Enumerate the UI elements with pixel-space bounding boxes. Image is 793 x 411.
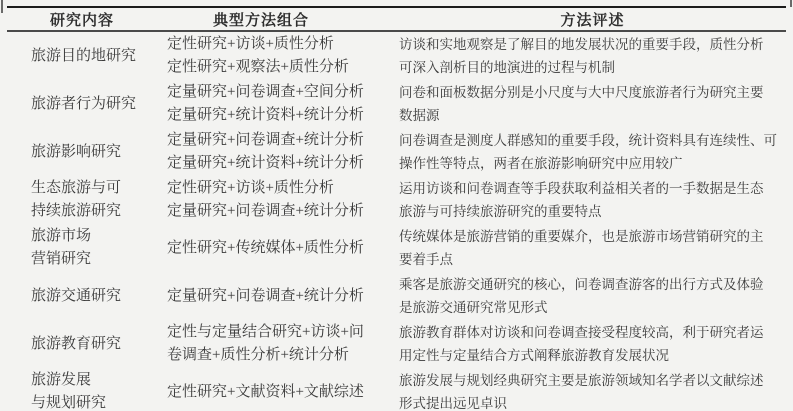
content-cell: 旅游教育研究	[7, 320, 157, 368]
text-line: 问卷和面板数据分别是小尺度与大中尺度旅游者行为研究主要	[399, 81, 786, 104]
text-line: 数据源	[399, 104, 786, 127]
text-line: 卷调查+质性分析+统计分析	[167, 344, 365, 367]
text-line: 旅游者行为研究	[31, 93, 157, 116]
text-line: 生态旅游与可	[31, 177, 157, 200]
content-cell: 旅游目的地研究	[7, 31, 157, 80]
text-line: 旅游与可持续旅游研究的重要特点	[399, 200, 786, 223]
table-row: 旅游目的地研究 定性研究+访谈+质性分析定性研究+观察法+质性分析 访谈和实地观…	[7, 31, 786, 80]
methods-cell: 定量研究+问卷调查+统计分析	[157, 272, 365, 320]
content-cell: 旅游交通研究	[7, 272, 157, 320]
review-cell: 旅游发展与规划经典研究主要是旅游领域知名学者以文献综述形式提出远见卓识	[365, 368, 786, 411]
text-line: 传统媒体是旅游营销的重要媒介，也是旅游市场营销研究的主	[399, 225, 786, 248]
content-cell: 旅游影响研究	[7, 128, 157, 176]
text-line: 定量研究+问卷调查+空间分析	[167, 81, 365, 104]
review-cell: 问卷调查是测度人群感知的重要手段，统计资料具有连续性、可操作性等特点，两者在旅游…	[365, 128, 786, 176]
text-line: 旅游发展与规划经典研究主要是旅游领域知名学者以文献综述	[399, 369, 786, 392]
text-line: 定性研究+文献资料+文献综述	[167, 381, 365, 404]
text-line: 定量研究+问卷调查+统计分析	[167, 285, 365, 308]
table-row: 生态旅游与可持续旅游研究 定性研究+访谈+质性分析定量研究+问卷调查+统计分析 …	[7, 176, 786, 224]
methods-cell: 定性研究+文献资料+文献综述	[157, 368, 365, 411]
table-row: 旅游影响研究 定量研究+问卷调查+统计分析定量研究+统计资料+统计分析 问卷调查…	[7, 128, 786, 176]
table-row: 旅游教育研究 定性与定量结合研究+访谈+问卷调查+质性分析+统计分析 旅游教育群…	[7, 320, 786, 368]
text-line: 旅游交通研究	[31, 285, 157, 308]
text-line: 定性研究+访谈+质性分析	[167, 177, 365, 200]
research-methods-table: 研究内容 典型方法组合 方法评述 旅游目的地研究 定性研究+访谈+质性分析定性研…	[7, 6, 786, 411]
text-line: 要着手点	[399, 248, 786, 271]
table-header: 研究内容 典型方法组合 方法评述	[7, 7, 786, 31]
text-line: 用定性与定量结合方式阐释旅游教育发展状况	[399, 344, 786, 367]
methods-cell: 定性研究+访谈+质性分析定性研究+观察法+质性分析	[157, 31, 365, 80]
content-cell: 旅游市场营销研究	[7, 224, 157, 272]
review-cell: 旅游教育群体对访谈和问卷调查接受程度较高，利于研究者运用定性与定量结合方式阐释旅…	[365, 320, 786, 368]
text-line: 定量研究+统计资料+统计分析	[167, 152, 365, 175]
review-cell: 传统媒体是旅游营销的重要媒介，也是旅游市场营销研究的主要着手点	[365, 224, 786, 272]
text-line: 旅游目的地研究	[31, 45, 157, 68]
text-line: 定量研究+问卷调查+统计分析	[167, 200, 365, 223]
page-crop-mark-right	[790, 0, 792, 7]
content-cell: 旅游发展与规划研究	[7, 368, 157, 411]
methods-cell: 定性研究+传统媒体+质性分析	[157, 224, 365, 272]
review-cell: 运用访谈和问卷调查等手段获取利益相关者的一手数据是生态旅游与可持续旅游研究的重要…	[365, 176, 786, 224]
header-research-content: 研究内容	[7, 7, 157, 31]
text-line: 访谈和实地观察是了解目的地发展状况的重要手段，质性分析	[399, 33, 786, 56]
table-row: 旅游者行为研究 定量研究+问卷调查+空间分析定量研究+统计资料+统计分析 问卷和…	[7, 80, 786, 128]
text-line: 旅游发展	[31, 369, 157, 392]
content-cell: 旅游者行为研究	[7, 80, 157, 128]
header-method-review: 方法评述	[365, 7, 786, 31]
text-line: 定性研究+传统媒体+质性分析	[167, 237, 365, 260]
methods-cell: 定量研究+问卷调查+空间分析定量研究+统计资料+统计分析	[157, 80, 365, 128]
table-row: 旅游市场营销研究 定性研究+传统媒体+质性分析 传统媒体是旅游营销的重要媒介，也…	[7, 224, 786, 272]
text-line: 是旅游交通研究常见形式	[399, 296, 786, 319]
text-line: 可深入剖析目的地演进的过程与机制	[399, 56, 786, 79]
review-cell: 乘客是旅游交通研究的核心，问卷调查游客的出行方式及体验是旅游交通研究常见形式	[365, 272, 786, 320]
text-line: 定量研究+问卷调查+统计分析	[167, 129, 365, 152]
text-line: 营销研究	[31, 248, 157, 271]
methods-cell: 定性与定量结合研究+访谈+问卷调查+质性分析+统计分析	[157, 320, 365, 368]
content-cell: 生态旅游与可持续旅游研究	[7, 176, 157, 224]
text-line: 定性研究+观察法+质性分析	[167, 56, 365, 79]
header-method-combination: 典型方法组合	[157, 7, 365, 31]
text-line: 形式提出远见卓识	[399, 392, 786, 411]
text-line: 旅游市场	[31, 225, 157, 248]
methods-cell: 定量研究+问卷调查+统计分析定量研究+统计资料+统计分析	[157, 128, 365, 176]
text-line: 旅游教育群体对访谈和问卷调查接受程度较高，利于研究者运	[399, 321, 786, 344]
text-line: 持续旅游研究	[31, 200, 157, 223]
text-line: 定性研究+访谈+质性分析	[167, 33, 365, 56]
text-line: 旅游影响研究	[31, 141, 157, 164]
text-line: 旅游教育研究	[31, 333, 157, 356]
table-row: 旅游交通研究 定量研究+问卷调查+统计分析 乘客是旅游交通研究的核心，问卷调查游…	[7, 272, 786, 320]
text-line: 运用访谈和问卷调查等手段获取利益相关者的一手数据是生态	[399, 177, 786, 200]
text-line: 问卷调查是测度人群感知的重要手段，统计资料具有连续性、可	[399, 129, 786, 152]
text-line: 定性与定量结合研究+访谈+问	[167, 321, 365, 344]
text-line: 乘客是旅游交通研究的核心，问卷调查游客的出行方式及体验	[399, 273, 786, 296]
table-row: 旅游发展与规划研究 定性研究+文献资料+文献综述 旅游发展与规划经典研究主要是旅…	[7, 368, 786, 411]
header-row: 研究内容 典型方法组合 方法评述	[7, 7, 786, 31]
table-body: 旅游目的地研究 定性研究+访谈+质性分析定性研究+观察法+质性分析 访谈和实地观…	[7, 31, 786, 411]
review-cell: 访谈和实地观察是了解目的地发展状况的重要手段，质性分析可深入剖析目的地演进的过程…	[365, 31, 786, 80]
methods-cell: 定性研究+访谈+质性分析定量研究+问卷调查+统计分析	[157, 176, 365, 224]
review-cell: 问卷和面板数据分别是小尺度与大中尺度旅游者行为研究主要数据源	[365, 80, 786, 128]
text-line: 操作性等特点，两者在旅游影响研究中应用较广	[399, 152, 786, 175]
text-line: 与规划研究	[31, 392, 157, 411]
text-line: 定量研究+统计资料+统计分析	[167, 104, 365, 127]
page-crop-mark-left	[1, 0, 3, 13]
